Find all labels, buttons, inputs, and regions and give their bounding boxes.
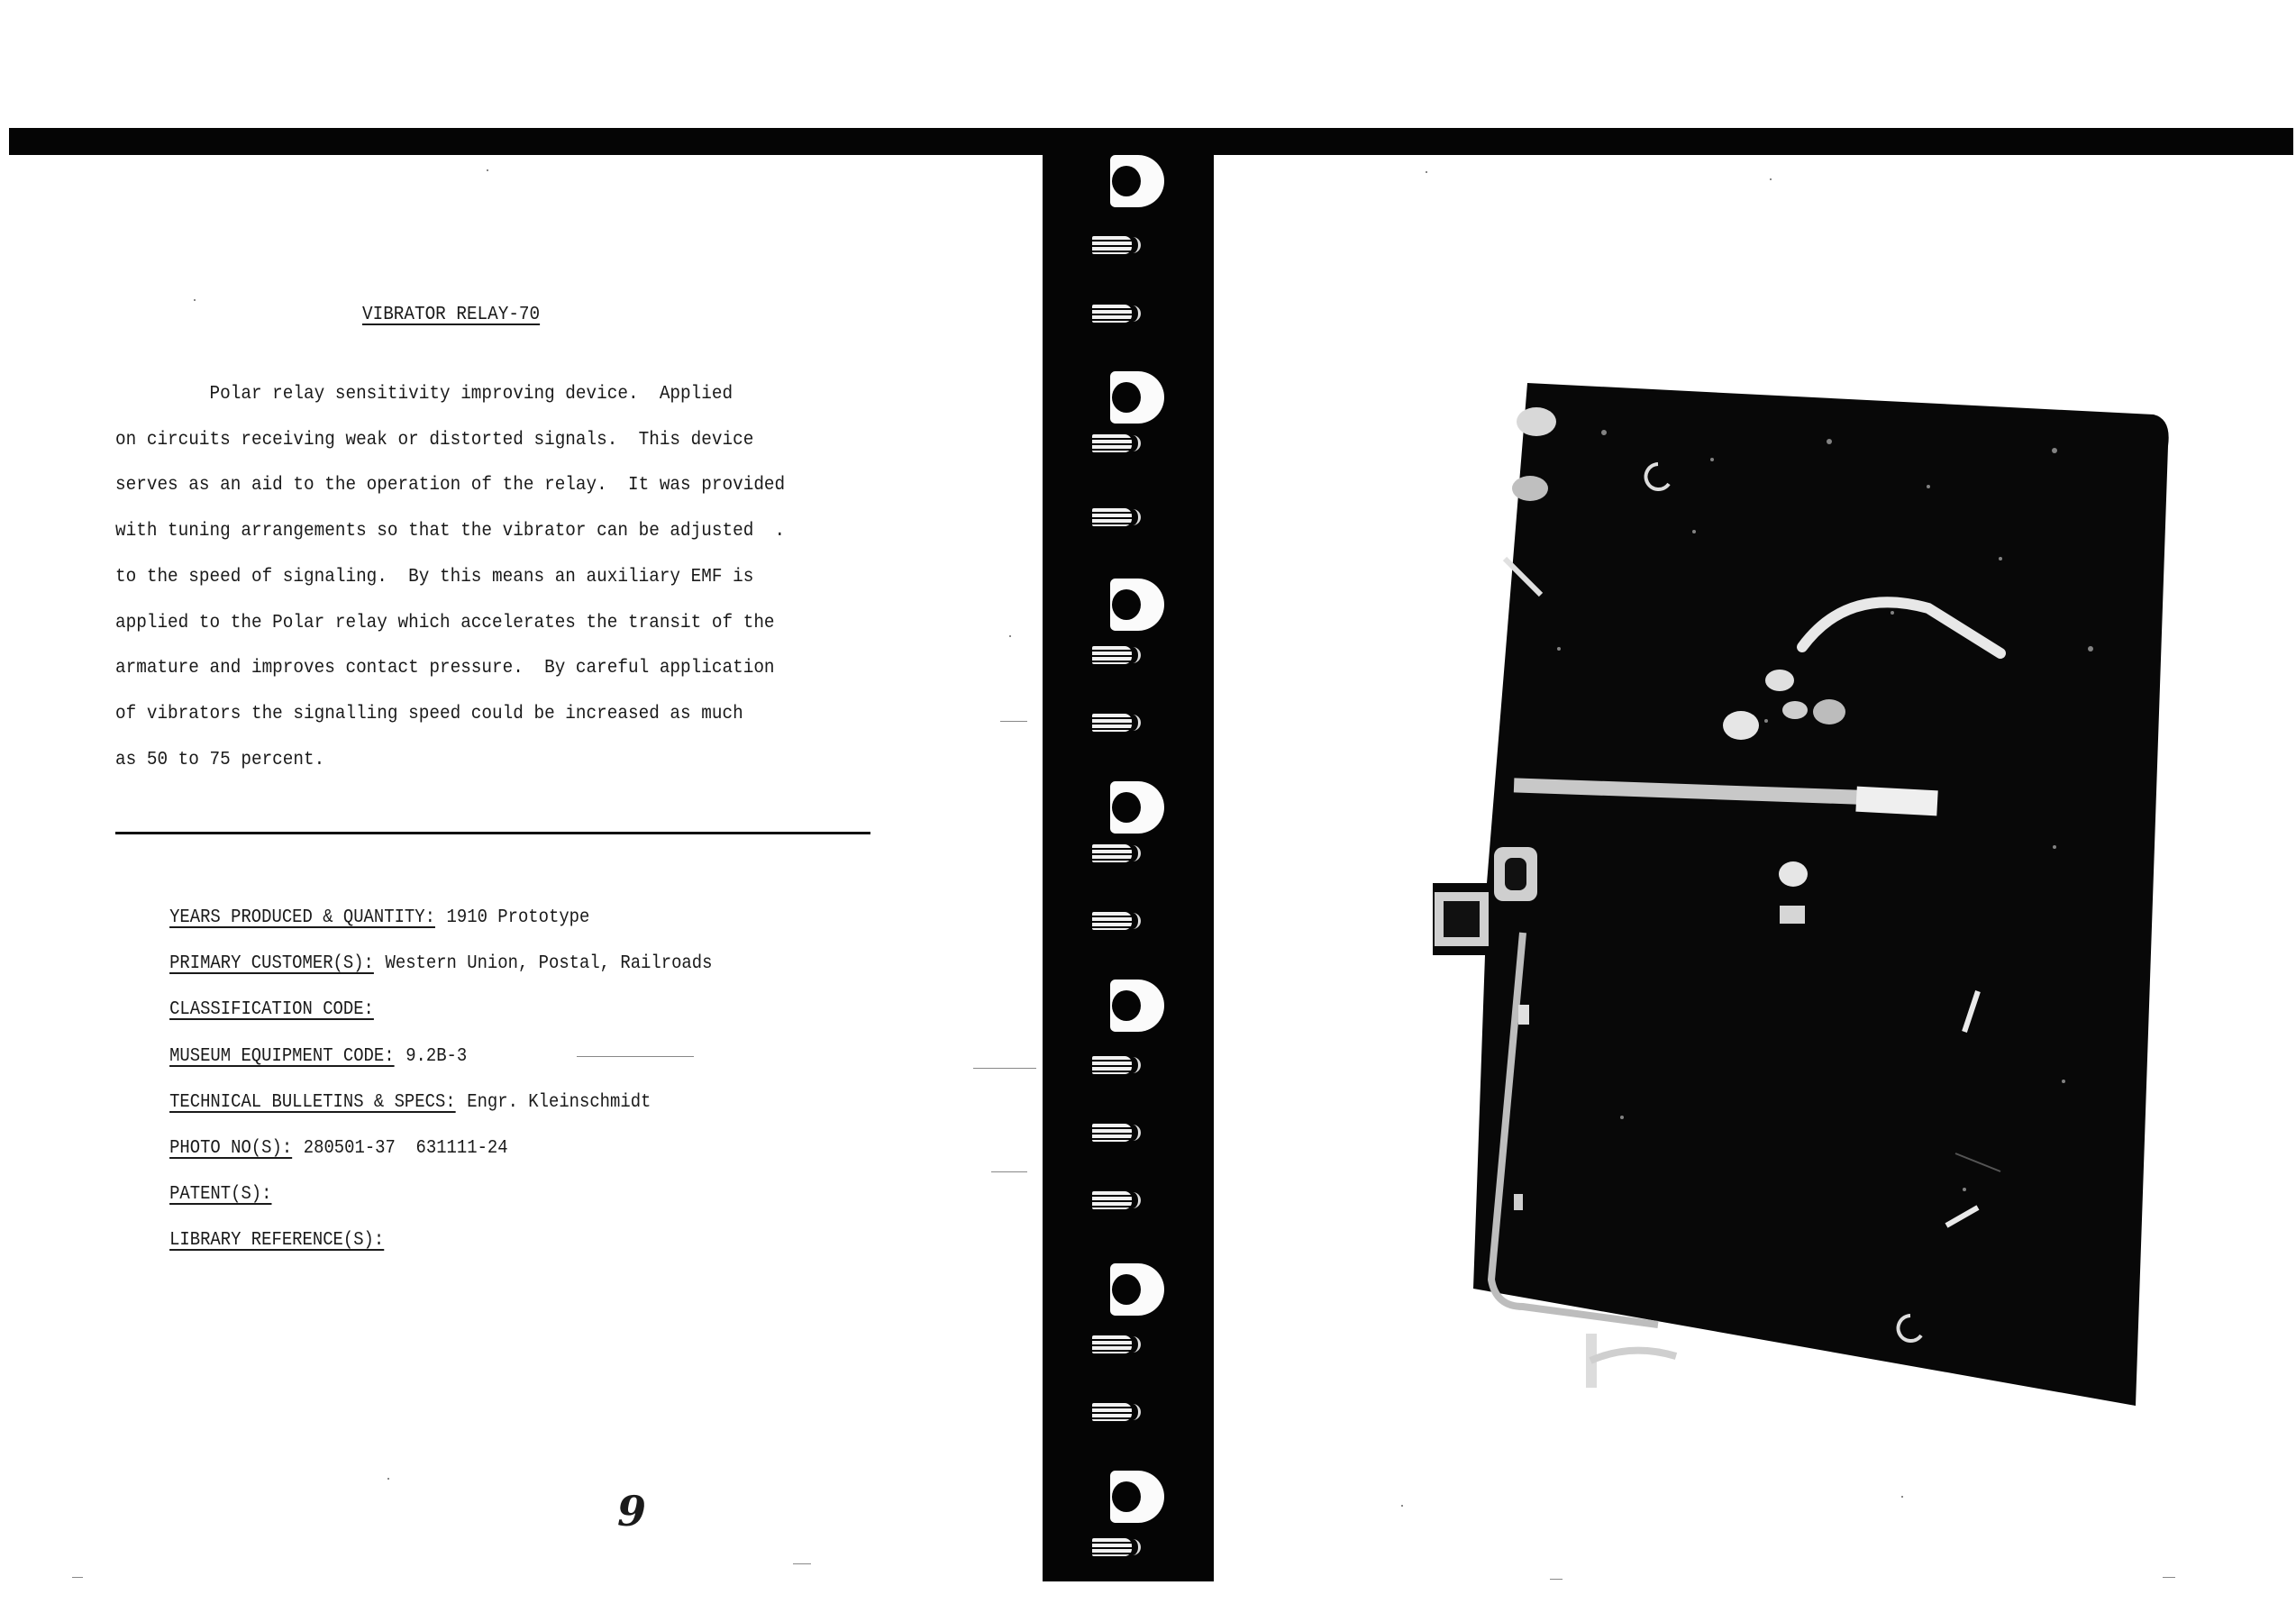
binding-coil [1092,1403,1132,1421]
metadata-fields: YEARS PRODUCED & QUANTITY:1910 Prototype… [108,887,919,1256]
field-years-produced: YEARS PRODUCED & QUANTITY:1910 Prototype [108,887,838,933]
field-primary-customers: PRIMARY CUSTOMER(S):Western Union, Posta… [108,933,838,979]
description-line: to the speed of signaling. By this means… [115,554,845,600]
binding-coil [1092,912,1132,930]
binding-coil [1092,844,1132,862]
scan-speck [1901,1496,1903,1498]
scan-speck [387,1478,389,1480]
scan-speck [1009,635,1011,637]
binding-coil [1092,1191,1132,1209]
binding-coil [1092,1335,1132,1353]
scan-speck [991,1171,1027,1172]
field-label: LIBRARY REFERENCE(S): [169,1230,384,1251]
binding-ring [1110,1471,1164,1523]
binding-coil [1092,434,1132,452]
description-line: on circuits receiving weak or distorted … [115,417,845,463]
binding-coil [1092,646,1132,664]
left-page: VIBRATOR RELAY-70 Polar relay sensitivit… [0,155,1036,1622]
field-value: Engr. Kleinschmidt [467,1092,651,1113]
scan-speck [793,1563,811,1564]
scan-speck [72,1577,83,1578]
scan-speck [1426,171,1427,173]
binding-coil [1092,508,1132,526]
handwritten-page-number: 9 [617,1487,646,1535]
section-divider [115,832,870,834]
field-museum-equipment-code: MUSEUM EQUIPMENT CODE:9.2B-3 [108,1025,838,1071]
field-label: CLASSIFICATION CODE: [169,999,374,1020]
field-value: 9.2B-3 [405,1046,467,1067]
field-photo-numbers: PHOTO NO(S):280501-37 631111-24 [108,1117,838,1163]
binding-coil [1092,1538,1132,1556]
binding-coil [1092,236,1132,254]
description-line: as 50 to 75 percent. [115,737,845,783]
binding-ring [1110,1263,1164,1316]
binding-ring [1110,781,1164,834]
field-technical-bulletins: TECHNICAL BULLETINS & SPECS:Engr. Kleins… [108,1071,838,1117]
scan-speck [577,1056,694,1057]
scan-speck [487,169,488,171]
scan-speck [1401,1505,1403,1507]
scan-speck [194,299,196,301]
description-line: armature and improves contact pressure. … [115,645,845,691]
field-label: TECHNICAL BULLETINS & SPECS: [169,1092,456,1113]
spiral-binding [1043,155,1214,1581]
field-label: YEARS PRODUCED & QUANTITY: [169,907,435,928]
binding-coil [1092,714,1132,732]
scan-speck [2163,1577,2175,1578]
description-line: applied to the Polar relay which acceler… [115,600,845,646]
binding-coil [1092,1124,1132,1142]
binding-ring [1110,579,1164,631]
description-paragraph: Polar relay sensitivity improving device… [115,371,845,782]
binding-ring [1110,155,1164,207]
description-line: of vibrators the signalling speed could … [115,691,845,737]
field-library-references: LIBRARY REFERENCE(S): [108,1209,838,1255]
field-label: PHOTO NO(S): [169,1138,292,1159]
scan-speck [973,1068,1036,1069]
relay-photograph [1424,378,2181,1415]
binding-coil [1092,1056,1132,1074]
binding-coil [1092,305,1132,323]
field-label: PRIMARY CUSTOMER(S): [169,953,374,974]
binder-top-bar [9,128,2293,155]
description-line: Polar relay sensitivity improving device… [115,371,845,417]
description-line: serves as an aid to the operation of the… [115,462,845,508]
field-label: MUSEUM EQUIPMENT CODE: [169,1046,395,1067]
field-value: 1910 Prototype [447,907,590,928]
binding-ring [1110,371,1164,424]
description-line: with tuning arrangements so that the vib… [115,508,845,554]
document-title: VIBRATOR RELAY-70 [362,305,540,325]
field-patents: PATENT(S): [108,1163,838,1209]
field-classification-code: CLASSIFICATION CODE: [108,979,838,1025]
field-label: PATENT(S): [169,1184,271,1205]
field-value: Western Union, Postal, Railroads [386,953,713,974]
relay-photo-image [1424,378,2181,1415]
scan-speck [1550,1579,1563,1580]
binding-ring [1110,980,1164,1032]
field-value: 280501-37 631111-24 [304,1138,508,1159]
scan-speck [1770,178,1772,180]
scan-speck [1000,721,1027,722]
